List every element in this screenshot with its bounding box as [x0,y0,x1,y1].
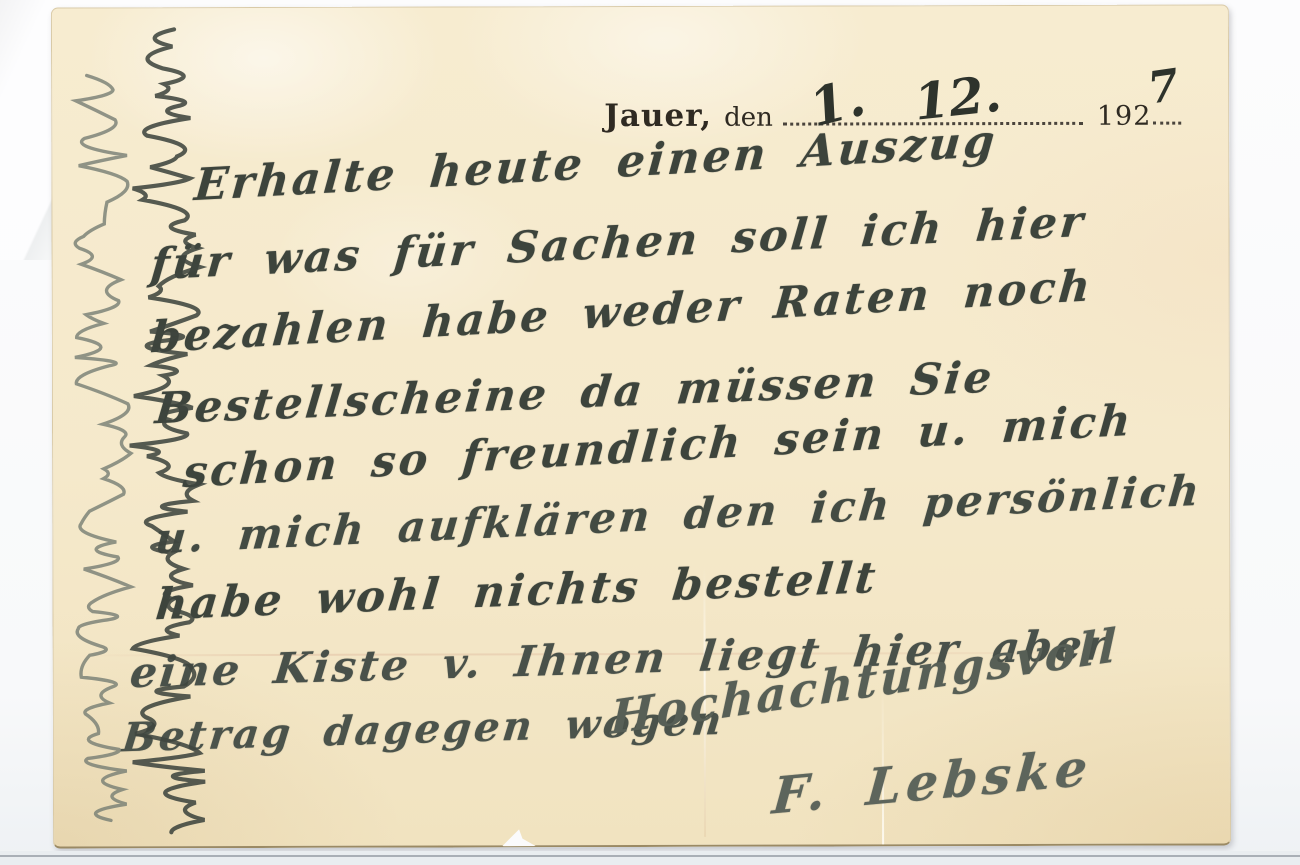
margin-note-handwriting [54,20,226,836]
scan-bottom-strip [0,851,1300,865]
scan-edge-line [0,855,1300,857]
handwritten-line: Erhalte heute einen Auszug [192,116,999,211]
printed-year: 192 [1097,101,1152,132]
place-name: Jauer, [604,98,712,134]
edge-nick [502,829,536,846]
signature: F. Lebske [770,737,1095,825]
handwritten-line: habe wohl nichts bestellt [154,553,881,630]
handwritten-year-digit: 7 [1145,60,1183,115]
postcard: Jauer, den 192 1. 12. 7 Erhalte heute ei… [51,4,1231,848]
